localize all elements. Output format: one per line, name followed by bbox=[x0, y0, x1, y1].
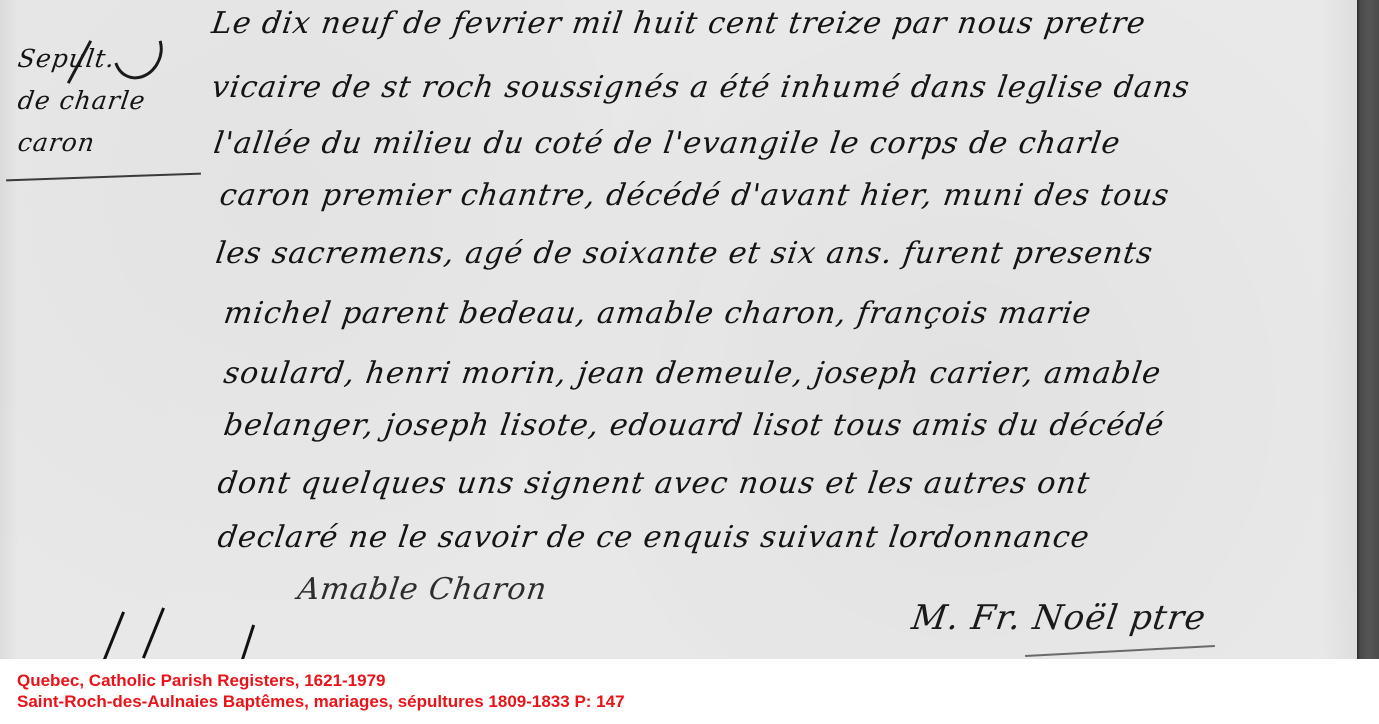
margin-note: Sepult. de charle caron bbox=[18, 38, 178, 164]
record-line: declaré ne le savoir de ce enquis suivan… bbox=[216, 520, 1092, 555]
record-line: michel parent bedeau, amable charon, fra… bbox=[222, 296, 1094, 331]
scanned-register-page: Sepult. de charle caron Le dix neuf de f… bbox=[0, 0, 1379, 659]
record-line: les sacremens, agé de soixante et six an… bbox=[214, 236, 1156, 271]
signature-flourish bbox=[1025, 645, 1215, 657]
record-line: soulard, henri morin, jean demeule, jose… bbox=[222, 356, 1164, 391]
next-record-stroke bbox=[102, 611, 125, 659]
page-edge-shadow bbox=[1357, 0, 1379, 659]
margin-divider-line bbox=[6, 173, 201, 182]
caption-collection: Quebec, Catholic Parish Registers, 1621-… bbox=[17, 670, 625, 691]
record-line: Le dix neuf de fevrier mil huit cent tre… bbox=[210, 6, 1149, 41]
next-record-stroke bbox=[240, 625, 255, 659]
margin-note-line: de charle bbox=[15, 80, 181, 122]
witness-signature: Amable Charon bbox=[296, 572, 550, 607]
margin-note-line: Sepult. bbox=[15, 38, 181, 80]
record-line: vicaire de st roch soussignés a été inhu… bbox=[210, 70, 1193, 105]
record-line: dont quelques uns signent avec nous et l… bbox=[216, 466, 1093, 501]
next-record-stroke bbox=[142, 607, 165, 658]
source-caption: Quebec, Catholic Parish Registers, 1621-… bbox=[17, 670, 625, 712]
record-line: belanger, joseph lisote, edouard lisot t… bbox=[222, 408, 1167, 443]
margin-note-line: caron bbox=[15, 122, 181, 164]
priest-signature: M. Fr. Noël ptre bbox=[909, 598, 1209, 638]
record-line: caron premier chantre, décédé d'avant hi… bbox=[218, 178, 1172, 213]
caption-register: Saint-Roch-des-Aulnaies Baptêmes, mariag… bbox=[17, 691, 625, 712]
record-line: l'allée du milieu du coté de l'evangile … bbox=[212, 126, 1123, 161]
